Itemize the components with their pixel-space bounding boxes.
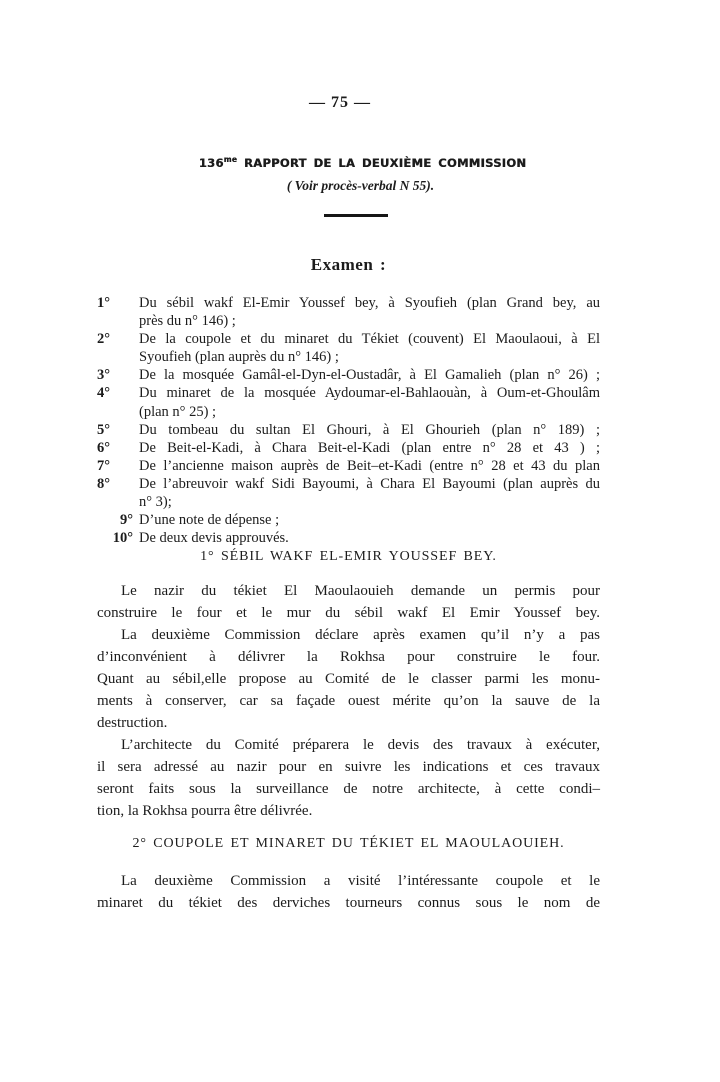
list-item-line: 5°Du tombeau du sultan El Ghouri, à El G… [97, 421, 600, 439]
body-line: minaret du tékiet des derviches tourneur… [97, 892, 600, 914]
list-item-line-text: De la mosquée Gamâl-el-Dyn-el-Oustadâr, … [139, 367, 600, 383]
body-line-text: seront faits sous la surveillance de not… [97, 781, 600, 797]
list-item-line-text: Du minaret de la mosquée Aydoumar-el-Bah… [139, 385, 600, 401]
body-line: tion, la Rokhsa pourra être délivrée. [97, 800, 600, 822]
body-line: La deuxième Commission déclare après exa… [97, 624, 600, 646]
list-item-number: 10° [97, 529, 133, 547]
body-line-text: La deuxième Commission déclare après exa… [121, 627, 600, 643]
list-item-line: n° 3); [97, 493, 600, 511]
body-line: d’inconvénient à délivrer la Rokhsa pour… [97, 646, 600, 668]
list-item-line: 8°De l’abreuvoir wakf Sidi Bayoumi, à Ch… [97, 475, 600, 493]
section2-heading: 2° COUPOLE ET MINARET DU TÉKIET EL MAOUL… [97, 836, 600, 852]
body-line-text: minaret du tékiet des derviches tourneur… [97, 895, 600, 911]
list-item-line-text: De l’abreuvoir wakf Sidi Bayoumi, à Char… [139, 476, 600, 492]
body-line-text: tion, la Rokhsa pourra être délivrée. [97, 803, 312, 819]
list-item-line: près du n° 146) ; [97, 312, 600, 330]
list-item-line: 2°De la coupole et du minaret du Tékiet … [97, 330, 600, 348]
section2-body: La deuxième Commission a visité l’intére… [97, 870, 600, 914]
list-item-line-text: D’une note de dépense ; [139, 512, 279, 528]
list-item-number: 8° [97, 475, 133, 493]
body-line-text: Le nazir du tékiet El Maoulaouieh demand… [121, 583, 600, 599]
list-item-line: 10°De deux devis approuvés. [97, 529, 600, 547]
body-line: Le nazir du tékiet El Maoulaouieh demand… [97, 580, 600, 602]
body-line: ments à conserver, car sa façade ouest m… [97, 690, 600, 712]
list-item-line-text: De l’ancienne maison auprès de Beit–et-K… [139, 458, 600, 474]
body-line-text: il sera adressé au nazir pour en suivre … [97, 759, 600, 775]
list-item-number: 7° [97, 457, 133, 475]
list-item-line-text: Syoufieh (plan auprès du n° 146) ; [139, 349, 339, 365]
list-item-number: 6° [97, 439, 133, 457]
list-item-line: 1°Du sébil wakf El-Emir Youssef bey, à S… [97, 294, 600, 312]
list-item-line-text: De deux devis approuvés. [139, 530, 289, 546]
examen-list: 1°Du sébil wakf El-Emir Youssef bey, à S… [97, 294, 600, 547]
list-item-line: Syoufieh (plan auprès du n° 146) ; [97, 348, 600, 366]
list-item-line: 7°De l’ancienne maison auprès de Beit–et… [97, 457, 600, 475]
list-item-line-text: Du sébil wakf El-Emir Youssef bey, à Syo… [139, 295, 600, 311]
body-line-text: Quant au sébil,elle propose au Comité de… [97, 671, 600, 687]
body-line-text: La deuxième Commission a visité l’intére… [121, 873, 600, 889]
body-line-text: ments à conserver, car sa façade ouest m… [97, 693, 600, 709]
list-item-line: 9°D’une note de dépense ; [97, 511, 600, 529]
list-item-number: 3° [97, 366, 133, 384]
list-item-line-text: De la coupole et du minaret du Tékiet (c… [139, 331, 600, 347]
document-page: — 75 — 136me RAPPORT DE LA DEUXIÈME COMM… [0, 0, 720, 1082]
report-title-ordinal: me [224, 155, 238, 164]
report-subtitle: ( Voir procès-verbal N 55). [109, 178, 612, 194]
list-item-line-text: près du n° 146) ; [139, 313, 236, 329]
body-line: L’architecte du Comité préparera le devi… [97, 734, 600, 756]
report-title-text: RAPPORT DE LA DEUXIÈME COMMISSION [244, 156, 526, 170]
examen-heading: Examen : [97, 255, 600, 275]
list-item-line: (plan n° 25) ; [97, 403, 600, 421]
list-item-number: 2° [97, 330, 133, 348]
list-item-number: 9° [97, 511, 133, 529]
report-title-number: 136 [199, 156, 224, 170]
list-item-number: 1° [97, 294, 133, 312]
body-line: seront faits sous la surveillance de not… [97, 778, 600, 800]
section1-heading: 1° SÉBIL WAKF EL-EMIR YOUSSEF BEY. [97, 549, 600, 565]
body-line: Quant au sébil,elle propose au Comité de… [97, 668, 600, 690]
body-line: destruction. [97, 712, 600, 734]
list-item-line: 4°Du minaret de la mosquée Aydoumar-el-B… [97, 384, 600, 402]
list-item-number: 4° [97, 384, 133, 402]
list-item-line: 3°De la mosquée Gamâl-el-Dyn-el-Oustadâr… [97, 366, 600, 384]
list-item-line-text: De Beit-el-Kadi, à Chara Beit-el-Kadi (p… [139, 440, 600, 456]
body-line: construire le four et le mur du sébil wa… [97, 602, 600, 624]
body-line-text: L’architecte du Comité préparera le devi… [121, 737, 600, 753]
body-line-text: construire le four et le mur du sébil wa… [97, 605, 600, 621]
body-line: La deuxième Commission a visité l’intére… [97, 870, 600, 892]
report-title: 136me RAPPORT DE LA DEUXIÈME COMMISSION [111, 155, 614, 170]
body-line-text: d’inconvénient à délivrer la Rokhsa pour… [97, 649, 600, 665]
page-number: — 75 — [0, 94, 680, 112]
list-item-line-text: Du tombeau du sultan El Ghouri, à El Gho… [139, 422, 600, 438]
section1-body: Le nazir du tékiet El Maoulaouieh demand… [97, 580, 600, 822]
separator-rule [324, 214, 388, 217]
body-line: il sera adressé au nazir pour en suivre … [97, 756, 600, 778]
body-line-text: destruction. [97, 715, 167, 731]
list-item-line-text: n° 3); [139, 494, 172, 510]
list-item-number: 5° [97, 421, 133, 439]
list-item-line: 6°De Beit-el-Kadi, à Chara Beit-el-Kadi … [97, 439, 600, 457]
list-item-line-text: (plan n° 25) ; [139, 404, 216, 420]
